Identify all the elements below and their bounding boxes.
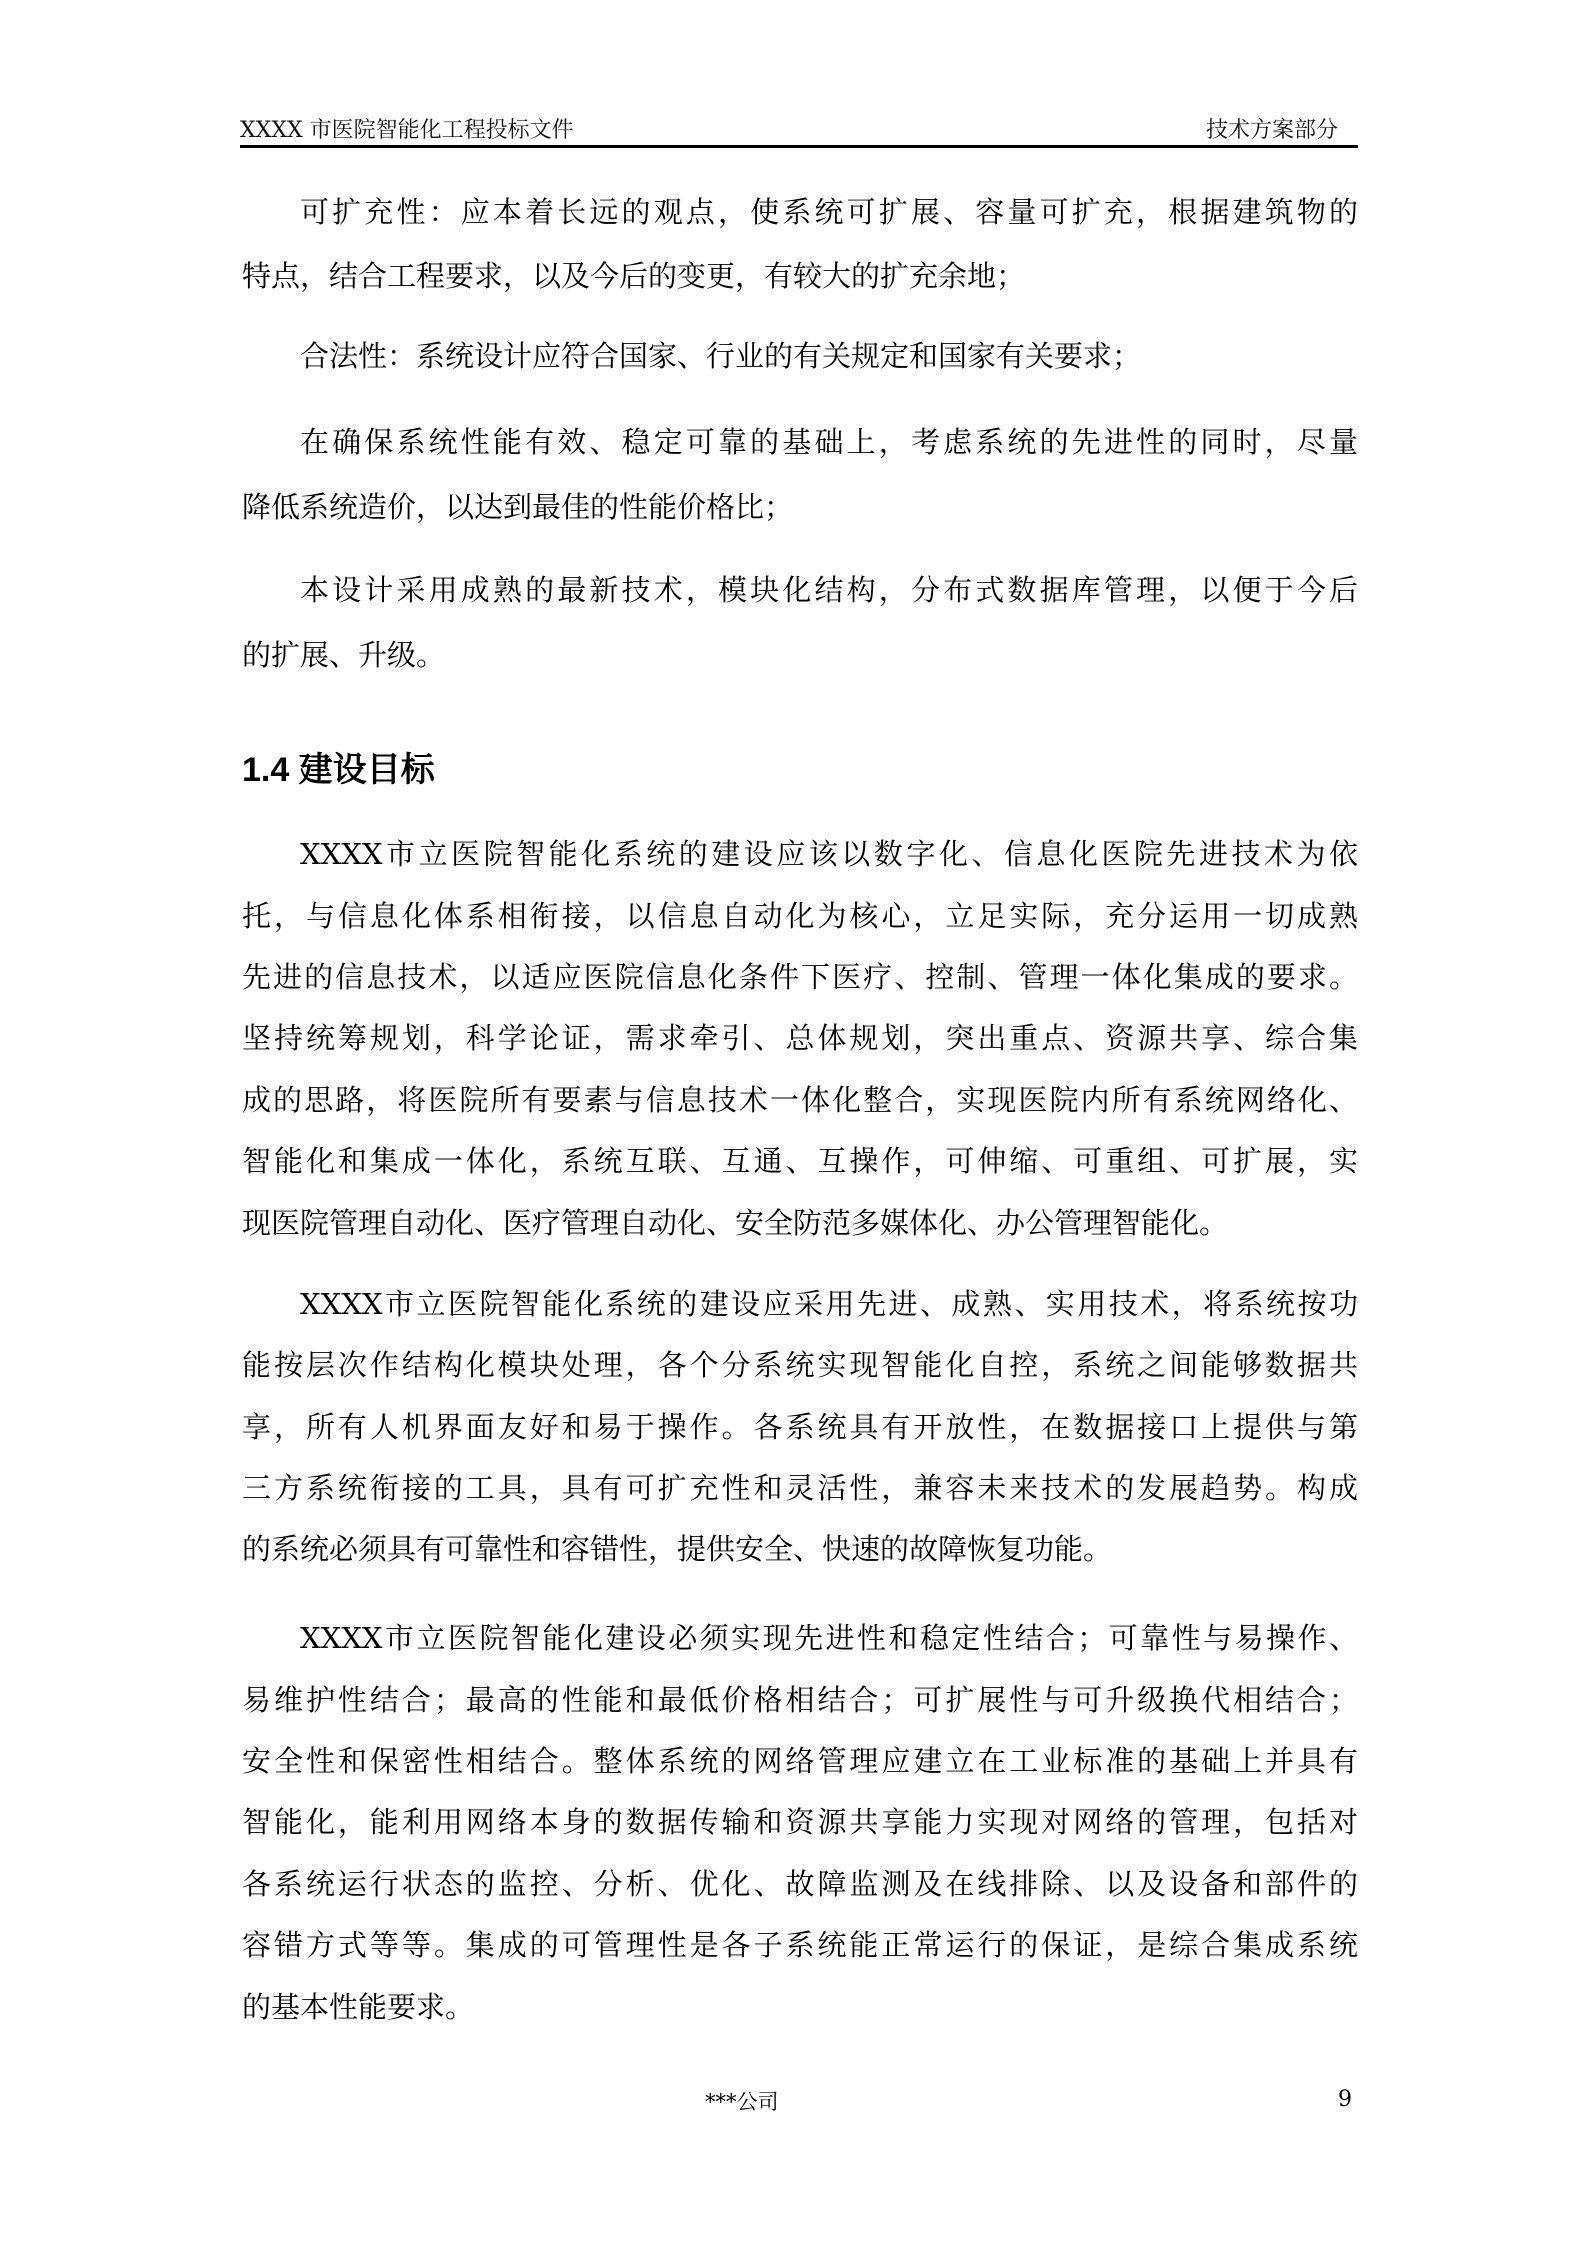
page-number: 9 (1338, 2086, 1352, 2114)
paragraph-line: 现医院管理自动化、医疗管理自动化、安全防范多媒体化、办公管理智能化。 (242, 1203, 1358, 1243)
header-document-title: XXXX 市医院智能化工程投标文件 (240, 116, 574, 146)
paragraph-line: 特点，结合工程要求，以及今后的变更，有较大的扩充余地； (242, 256, 1358, 296)
paragraph-line: 的基本性能要求。 (242, 1987, 1358, 2027)
paragraph-line: XXXX市立医院智能化系统的建设应采用先进、成熟、实用技术，将系统按功 (300, 1284, 1358, 1324)
section-heading: 1.4 建设目标 (242, 748, 435, 792)
paragraph-line: 易维护性结合；最高的性能和最低价格相结合；可扩展性与可升级换代相结合； (242, 1680, 1358, 1720)
paragraph-line: 能按层次作结构化模块处理，各个分系统实现智能化自控，系统之间能够数据共 (242, 1345, 1358, 1385)
paragraph-line: 托，与信息化体系相衔接，以信息自动化为核心，立足实际，充分运用一切成熟 (242, 896, 1358, 936)
paragraph-line: 享，所有人机界面友好和易于操作。各系统具有开放性，在数据接口上提供与第 (242, 1407, 1358, 1447)
paragraph-line: 先进的信息技术，以适应医院信息化条件下医疗、控制、管理一体化集成的要求。 (242, 957, 1358, 997)
paragraph-line: 的系统必须具有可靠性和容错性，提供安全、快速的故障恢复功能。 (242, 1529, 1358, 1569)
paragraph-line: 可扩充性：应本着长远的观点，使系统可扩展、容量可扩充，根据建筑物的 (300, 192, 1358, 232)
paragraph-line: XXXX市立医院智能化建设必须实现先进性和稳定性结合；可靠性与易操作、 (300, 1618, 1358, 1658)
paragraph-line: 在确保系统性能有效、稳定可靠的基础上，考虑系统的先进性的同时，尽量 (300, 422, 1358, 462)
page-header: XXXX 市医院智能化工程投标文件 技术方案部分 (240, 112, 1358, 148)
paragraph-line: 的扩展、升级。 (242, 635, 1358, 675)
footer-company: ***公司 (705, 2088, 779, 2116)
paragraph-line: 降低系统造价，以达到最佳的性能价格比； (242, 487, 1358, 527)
paragraph-line: 坚持统筹规划，科学论证，需求牵引、总体规划，突出重点、资源共享、综合集 (242, 1018, 1358, 1058)
paragraph-line: 本设计采用成熟的最新技术，模块化结构，分布式数据库管理，以便于今后 (300, 570, 1358, 610)
paragraph-line: 智能化，能利用网络本身的数据传输和资源共享能力实现对网络的管理，包括对 (242, 1802, 1358, 1842)
paragraph-line: XXXX市立医院智能化系统的建设应该以数字化、信息化医院先进技术为依 (300, 834, 1358, 874)
paragraph-line: 智能化和集成一体化，系统互联、互通、互操作，可伸缩、可重组、可扩展，实 (242, 1141, 1358, 1181)
header-divider (240, 145, 1358, 148)
paragraph-line: 三方系统衔接的工具，具有可扩充性和灵活性，兼容未来技术的发展趋势。构成 (242, 1468, 1358, 1508)
paragraph-line: 成的思路，将医院所有要素与信息技术一体化整合，实现医院内所有系统网络化、 (242, 1080, 1358, 1120)
paragraph-line: 合法性：系统设计应符合国家、行业的有关规定和国家有关要求； (300, 336, 1358, 376)
document-page: XXXX 市医院智能化工程投标文件 技术方案部分 可扩充性：应本着长远的观点，使… (0, 0, 1587, 2245)
header-section-label: 技术方案部分 (1206, 116, 1338, 146)
paragraph-line: 容错方式等等。集成的可管理性是各子系统能正常运行的保证，是综合集成系统 (242, 1925, 1358, 1965)
paragraph-line: 各系统运行状态的监控、分析、优化、故障监测及在线排除、以及设备和部件的 (242, 1864, 1358, 1904)
paragraph-line: 安全性和保密性相结合。整体系统的网络管理应建立在工业标准的基础上并具有 (242, 1741, 1358, 1781)
